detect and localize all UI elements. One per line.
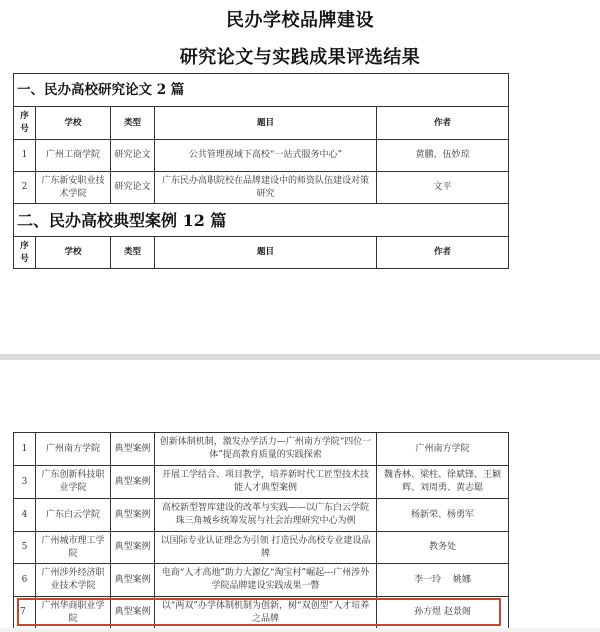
col-header-no: 序号	[14, 237, 36, 269]
page-separator	[0, 354, 600, 360]
document-title: 民办学校品牌建设	[0, 6, 600, 32]
row-title: 以“两双”办学体制机制为创新，树“双创型”人才培养之品牌	[155, 597, 377, 629]
row-title: 公共管理视域下高校“一站式服务中心”	[155, 140, 377, 172]
col-header-school: 学校	[36, 237, 111, 269]
row-type: 典型案例	[111, 597, 155, 629]
row-school: 广州城市理工学院	[36, 532, 111, 564]
row-no: 1	[14, 433, 36, 466]
row-school: 广州南方学院	[36, 433, 111, 466]
row-no: 6	[14, 564, 36, 597]
row-type: 典型案例	[111, 532, 155, 564]
row-school: 广州华商职业学院	[36, 597, 111, 629]
col-header-no: 序号	[14, 107, 36, 140]
table-row: 1 广州南方学院 典型案例 创新体制机制，激发办学活力—广州南方学院“四位一体”…	[14, 433, 509, 466]
row-type: 典型案例	[111, 564, 155, 597]
row-type: 典型案例	[111, 433, 155, 466]
row-school: 广东创新科技职业学院	[36, 466, 111, 499]
results-table-top: 一、民办高校研究论文 2 篇 序号 学校 类型 题目 作者 1 广州工商学院 研…	[13, 73, 509, 269]
table-row: 2 广东新安职业技术学院 研究论文 广东民办高职院校在品牌建设中的师资队伍建设对…	[14, 172, 509, 204]
table-row: 1 广州工商学院 研究论文 公共管理视域下高校“一站式服务中心” 黄鹏、伍妙琼	[14, 140, 509, 172]
row-no: 3	[14, 466, 36, 499]
row-author: 文平	[377, 172, 509, 204]
row-title: 以国际专业认证理念为引领 打造民办高校专业建设品牌	[155, 532, 377, 564]
row-no: 2	[14, 172, 36, 204]
table-row: 6 广州涉外经济职业技术学院 典型案例 电商“人才高地”助力大源亿“淘宝村”崛起…	[14, 564, 509, 597]
table-row-highlighted: 7 广州华商职业学院 典型案例 以“两双”办学体制机制为创新，树“双创型”人才培…	[14, 597, 509, 629]
row-title: 创新体制机制，激发办学活力—广州南方学院“四位一体”提高教育质量的实践探索	[155, 433, 377, 466]
row-no: 1	[14, 140, 36, 172]
row-type: 典型案例	[111, 499, 155, 532]
row-school: 广州工商学院	[36, 140, 111, 172]
row-type: 典型案例	[111, 466, 155, 499]
document-subtitle: 研究论文与实践成果评选结果	[0, 43, 600, 69]
table-header-row: 序号 学校 类型 题目 作者	[14, 107, 509, 140]
row-type: 研究论文	[111, 140, 155, 172]
row-no: 7	[14, 597, 36, 629]
row-type: 研究论文	[111, 172, 155, 204]
col-header-type: 类型	[111, 107, 155, 140]
row-author: 广州南方学院	[377, 433, 509, 466]
row-author: 杨新荣、杨勇军	[377, 499, 509, 532]
col-header-title: 题目	[155, 107, 377, 140]
col-header-title: 题目	[155, 237, 377, 269]
row-school: 广东白云学院	[36, 499, 111, 532]
row-no: 5	[14, 532, 36, 564]
row-author: 教务处	[377, 532, 509, 564]
table-row: 3 广东创新科技职业学院 典型案例 开展工学结合、项目教学，培养新时代工匠型技术…	[14, 466, 509, 499]
row-title: 电商“人才高地”助力大源亿“淘宝村”崛起---广州涉外学院品牌建设实践成果一瞥	[155, 564, 377, 597]
col-header-type: 类型	[111, 237, 155, 269]
row-title: 高校新型智库建设的改革与实践——以广东白云学院珠三角城乡统筹发展与社会治理研究中…	[155, 499, 377, 532]
row-title: 广东民办高职院校在品牌建设中的师资队伍建设对策研究	[155, 172, 377, 204]
table-header-row: 序号 学校 类型 题目 作者	[14, 237, 509, 269]
row-school: 广东新安职业技术学院	[36, 172, 111, 204]
row-school: 广州涉外经济职业技术学院	[36, 564, 111, 597]
table-row: 4 广东白云学院 典型案例 高校新型智库建设的改革与实践——以广东白云学院珠三角…	[14, 499, 509, 532]
section-heading-cases: 二、民办高校典型案例 12 篇	[14, 204, 509, 237]
col-header-author: 作者	[377, 107, 509, 140]
col-header-author: 作者	[377, 237, 509, 269]
row-author: 孙方煜 赵景阁	[377, 597, 509, 629]
section-heading-papers: 一、民办高校研究论文 2 篇	[14, 74, 509, 107]
row-author: 魏香林、梁柱、徐斌锋、王颖辉、刘周勇、黄志聪	[377, 466, 509, 499]
row-no: 4	[14, 499, 36, 532]
row-author: 李一玲 姚娜	[377, 564, 509, 597]
col-header-school: 学校	[36, 107, 111, 140]
results-table-cases: 1 广州南方学院 典型案例 创新体制机制，激发办学活力—广州南方学院“四位一体”…	[13, 432, 509, 629]
bottom-strip	[0, 628, 600, 632]
row-title: 开展工学结合、项目教学，培养新时代工匠型技术技能人才典型案例	[155, 466, 377, 499]
row-author: 黄鹏、伍妙琼	[377, 140, 509, 172]
table-row: 5 广州城市理工学院 典型案例 以国际专业认证理念为引领 打造民办高校专业建设品…	[14, 532, 509, 564]
